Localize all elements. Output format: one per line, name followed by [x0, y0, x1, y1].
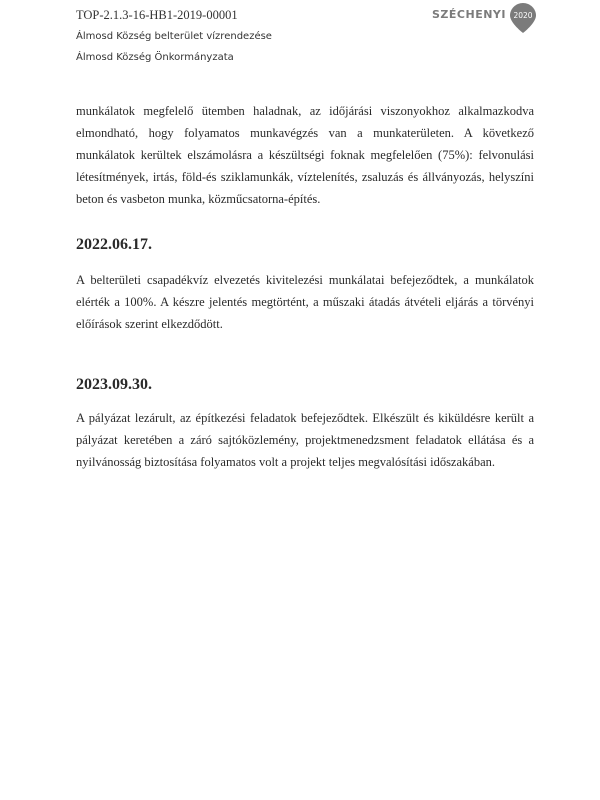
map-pin-icon: 2020	[509, 2, 537, 34]
section-paragraph: A belterületi csapadékvíz elvezetés kivi…	[76, 269, 534, 335]
section-date-heading: 2022.06.17.	[76, 234, 152, 256]
beneficiary-name: Álmosd Község Önkormányzata	[76, 51, 234, 65]
section-paragraph: A pályázat lezárult, az építkezési felad…	[76, 407, 534, 473]
section-date-heading: 2023.09.30.	[76, 374, 152, 396]
szechenyi-2020-logo: SZÉCHENYI 2020	[432, 2, 537, 34]
logo-year: 2020	[513, 11, 532, 20]
intro-paragraph: munkálatok megfelelő ütemben haladnak, a…	[76, 100, 534, 210]
logo-text: SZÉCHENYI	[432, 8, 506, 21]
project-title: Álmosd Község belterület vízrendezése	[76, 30, 272, 44]
